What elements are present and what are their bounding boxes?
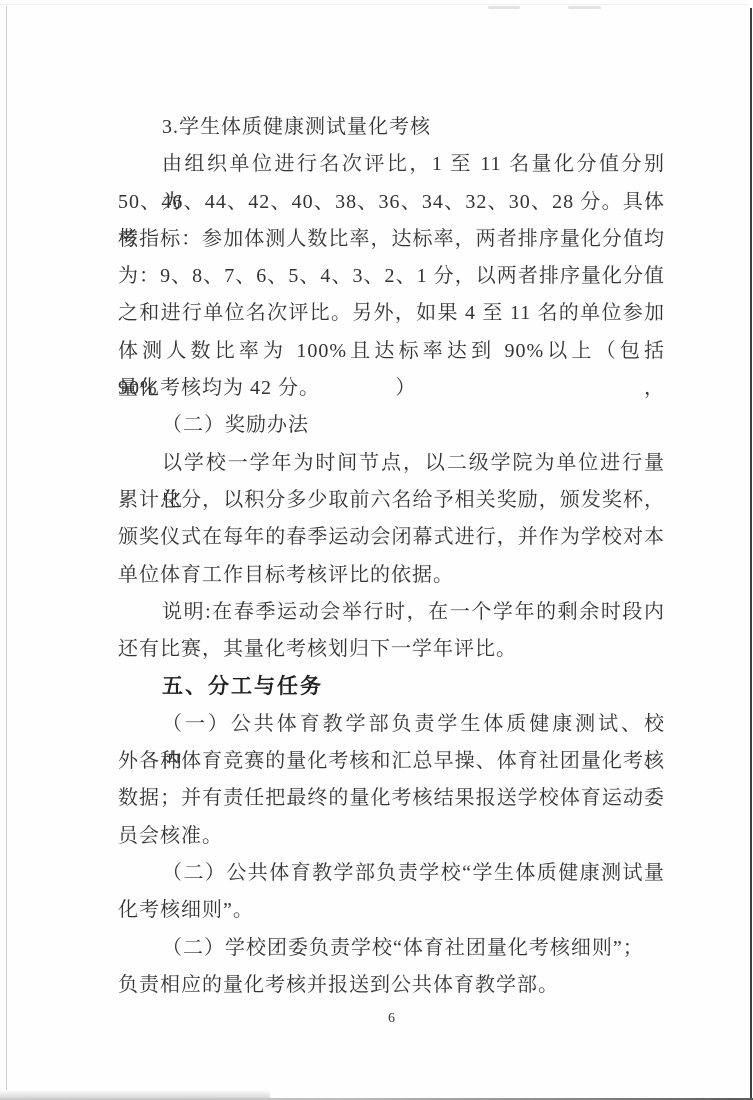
text-line: 之和进行单位名次评比。另外，如果 4 至 11 名的单位参加 bbox=[118, 295, 665, 332]
text-line: 由组织单位进行名次评比，1 至 11 名量化分值分别为： bbox=[118, 146, 665, 183]
scan-smudge bbox=[568, 6, 601, 9]
page-body-text: 3.学生体质健康测试量化考核由组织单位进行名次评比，1 至 11 名量化分值分别… bbox=[118, 109, 665, 1004]
text-line: 累计总分，以积分多少取前六名给予相关奖励，颁发奖杯， bbox=[118, 482, 665, 519]
text-line: （二）奖励办法 bbox=[118, 407, 665, 444]
scan-smudge-bottom bbox=[0, 1090, 270, 1100]
text-line: （二）公共体育教学部负责学校“学生体质健康测试量 bbox=[118, 855, 665, 892]
text-line: 化考核细则”。 bbox=[118, 892, 665, 929]
text-line: 外各种体育竞赛的量化考核和汇总早操、体育社团量化考核 bbox=[118, 743, 665, 780]
section-heading: 五、分工与任务 bbox=[118, 668, 665, 705]
text-line: 单位体育工作目标考核评比的依据。 bbox=[118, 557, 665, 594]
text-line: 3.学生体质健康测试量化考核 bbox=[118, 109, 665, 146]
text-line: （一）公共体育教学部负责学生体质健康测试、校内、 bbox=[118, 706, 665, 743]
text-line: 负责相应的量化考核并报送到公共体育教学部。 bbox=[118, 967, 665, 1004]
text-line: 还有比赛，其量化考核划归下一学年评比。 bbox=[118, 631, 665, 668]
document-page: 3.学生体质健康测试量化考核由组织单位进行名次评比，1 至 11 名量化分值分别… bbox=[0, 0, 753, 1100]
page-edge-left bbox=[6, 6, 7, 1090]
text-line: 为：9、8、7、6、5、4、3、2、1 分，以两者排序量化分值 bbox=[118, 258, 665, 295]
text-line: 体测人数比率为 100%且达标率达到 90%以上（包括 90%）， bbox=[118, 333, 665, 370]
page-edge-right bbox=[750, 8, 752, 1100]
page-edge-top bbox=[0, 4, 748, 5]
text-line: 以学校一学年为时间节点，以二级学院为单位进行量化 bbox=[118, 445, 665, 482]
text-line: 核指标：参加体测人数比率，达标率，两者排序量化分值均 bbox=[118, 221, 665, 258]
page-number: 6 bbox=[118, 1008, 665, 1030]
text-line: 数据；并有责任把最终的量化考核结果报送学校体育运动委 bbox=[118, 780, 665, 817]
text-line: 颁奖仪式在每年的春季运动会闭幕式进行，并作为学校对本 bbox=[118, 519, 665, 556]
text-line: （二）学校团委负责学校“体育社团量化考核细则”； bbox=[118, 930, 665, 967]
scan-smudge bbox=[488, 6, 520, 9]
text-line: 说明:在春季运动会举行时，在一个学年的剩余时段内 bbox=[118, 594, 665, 631]
text-line: 50、46、44、42、40、38、36、34、32、30、28 分。具体考 bbox=[118, 184, 665, 221]
text-line: 员会核准。 bbox=[118, 818, 665, 855]
